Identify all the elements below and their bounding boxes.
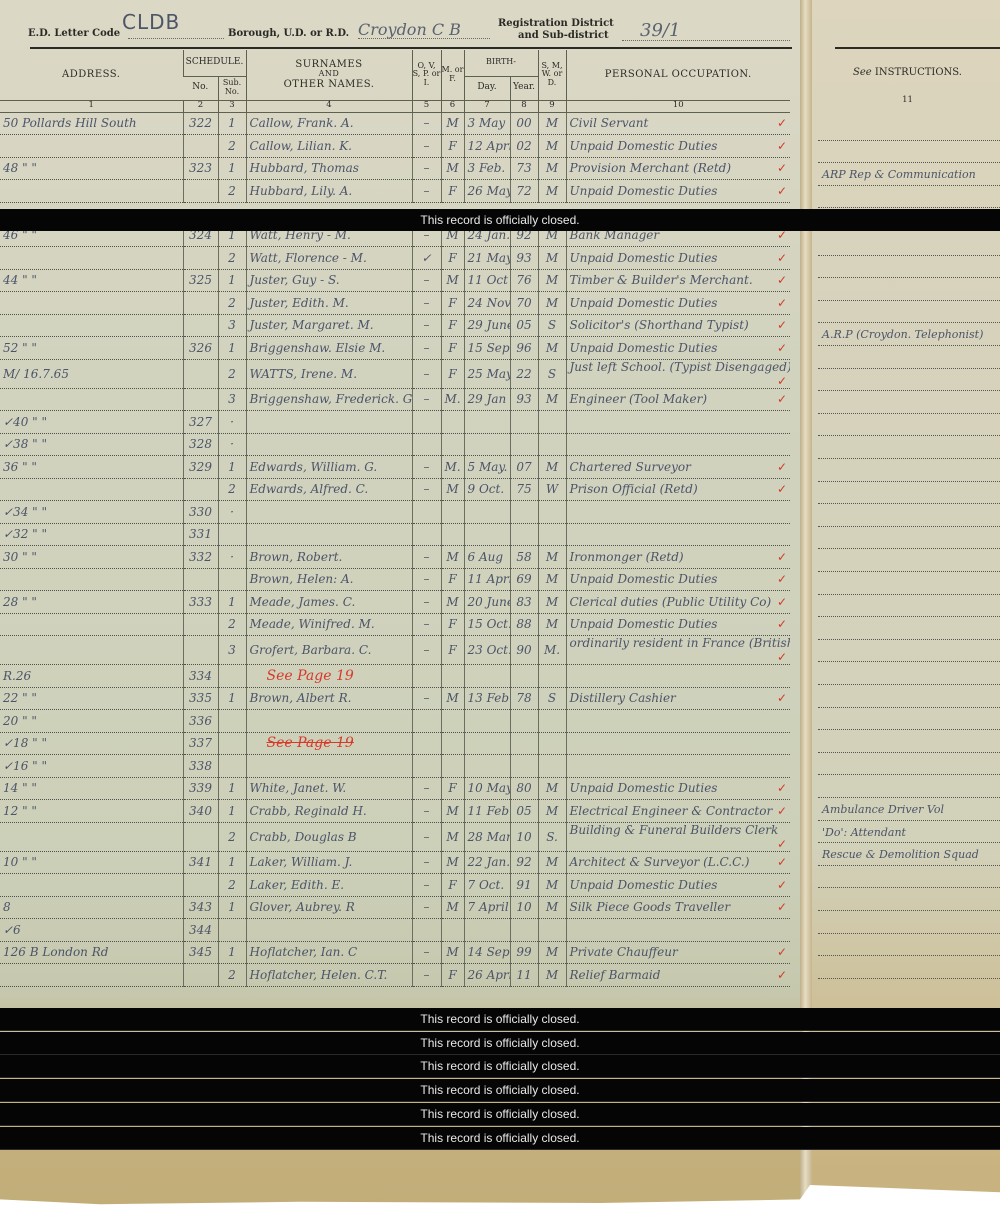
marital-cell [538, 523, 566, 546]
birth-year-cell-text: 05 [516, 804, 531, 818]
col-surnames-line2: AND [247, 70, 412, 79]
register-row: 2Callow, Lilian. K.–F12 April02MUnpaid D… [0, 135, 790, 158]
sex-cell [441, 411, 464, 434]
marital-cell [538, 501, 566, 524]
name-cell: WATTS, Irene. M. [246, 359, 412, 388]
schedule-no-cell [183, 388, 218, 411]
address-cell-text: 10 " " [3, 855, 37, 869]
ruled-line [818, 684, 1000, 685]
register-row: ✓16 " "338 [0, 755, 790, 778]
marital-cell-text: M [546, 273, 558, 287]
schedule-no-cell: 333 [183, 591, 218, 614]
birth-day-cell-text: 9 Oct. [468, 482, 505, 496]
sex-cell-text: M [446, 945, 458, 959]
schedule-no-cell-text: 332 [189, 550, 212, 564]
name-cell-text: See Page 19 [267, 735, 354, 751]
occupation-cell: Unpaid Domestic Duties✓ [566, 247, 790, 270]
ruled-line [818, 661, 1000, 662]
marital-cell-text: M [546, 392, 558, 406]
sex-cell: F [441, 359, 464, 388]
marital-cell: M [538, 777, 566, 800]
sub-no-cell: 2 [218, 359, 246, 388]
schedule-no-cell: 330 [183, 501, 218, 524]
address-cell-text: ✓34 " " [3, 505, 47, 519]
ruled-line [818, 548, 1000, 549]
name-cell: Meade, Winifred. M. [246, 613, 412, 636]
birth-year-cell [510, 501, 538, 524]
address-cell-text: 22 " " [3, 691, 37, 705]
ovspi-cell-text: – [424, 855, 430, 869]
birth-year-cell-text: 70 [516, 296, 531, 310]
register-row: 50 Pollards Hill South3221Callow, Frank.… [0, 112, 790, 135]
birth-day-cell-text: 12 April [468, 139, 511, 153]
occupation-cell: Timber & Builder's Merchant.✓ [566, 269, 790, 292]
register-row: 2Laker, Edith. E.–F7 Oct.91MUnpaid Domes… [0, 874, 790, 897]
schedule-no-cell: 331 [183, 523, 218, 546]
address-cell-text: ✓32 " " [3, 527, 47, 541]
birth-day-cell: 15 Oct. [464, 613, 510, 636]
schedule-no-cell-text: 341 [189, 855, 212, 869]
marital-cell-text: M [546, 550, 558, 564]
sex-cell: M [441, 687, 464, 710]
marital-cell-text: M [546, 595, 558, 609]
birth-day-cell: 26 May [464, 180, 510, 203]
ovspi-cell-text: – [424, 318, 430, 332]
schedule-no-cell [183, 478, 218, 501]
occupation-cell-text: Unpaid Domestic Duties [570, 184, 718, 198]
check-mark-icon: ✓ [777, 116, 787, 130]
occupation-cell: Unpaid Domestic Duties✓ [566, 777, 790, 800]
address-cell [0, 822, 183, 851]
name-cell: Brown, Albert R. [246, 687, 412, 710]
sex-cell-text: F [448, 251, 456, 265]
col-number-1: 1 [0, 100, 183, 112]
schedule-no-cell: 337 [183, 732, 218, 755]
birth-year-cell: 22 [510, 359, 538, 388]
occupation-cell [566, 501, 790, 524]
address-cell-text: 52 " " [3, 341, 37, 355]
col-number-11: 11 [815, 95, 1000, 105]
sub-no-cell: 1 [218, 777, 246, 800]
birth-year-cell: 05 [510, 314, 538, 337]
schedule-no-cell [183, 568, 218, 591]
name-cell-text: Brown, Robert. [250, 550, 343, 564]
check-mark-icon: ✓ [777, 251, 787, 265]
sex-cell-text: M [446, 804, 458, 818]
ed-letter-code-label: E.D. Letter Code [28, 28, 120, 39]
schedule-no-cell-text: 326 [189, 341, 212, 355]
birth-year-cell [510, 919, 538, 942]
sex-cell-text: F [448, 367, 456, 381]
name-cell: See Page 19 [246, 732, 412, 755]
marital-cell: M [538, 388, 566, 411]
address-cell-text: ✓18 " " [3, 736, 47, 750]
check-mark-icon: ✓ [777, 878, 787, 892]
schedule-no-cell [183, 359, 218, 388]
name-cell: Callow, Lilian. K. [246, 135, 412, 158]
schedule-no-cell [183, 314, 218, 337]
name-cell: Watt, Florence - M. [246, 247, 412, 270]
occupation-cell: Relief Barmaid✓ [566, 964, 790, 987]
schedule-no-cell-text: 337 [189, 736, 212, 750]
closed-record-banner: This record is officially closed. [0, 209, 1000, 231]
ovspi-cell: – [412, 388, 441, 411]
birth-year-cell: 78 [510, 687, 538, 710]
marital-cell: M [538, 112, 566, 135]
sub-no-cell: · [218, 433, 246, 456]
occupation-cell: Ironmonger (Retd)✓ [566, 546, 790, 569]
check-mark-icon: ✓ [777, 804, 787, 818]
ruled-line [818, 503, 1000, 504]
instruction-note: 'Do': Attendant [822, 826, 906, 839]
birth-day-cell-text: 25 May. [468, 367, 511, 381]
birth-year-cell-text: 07 [516, 460, 531, 474]
check-mark-icon: ✓ [777, 650, 787, 664]
occupation-cell-text: Ironmonger (Retd) [570, 550, 684, 564]
sex-cell: M [441, 478, 464, 501]
sex-cell: F [441, 777, 464, 800]
occupation-cell: Engineer (Tool Maker)✓ [566, 388, 790, 411]
name-cell: Edwards, William. G. [246, 456, 412, 479]
name-cell: Juster, Edith. M. [246, 292, 412, 315]
sex-cell-text: M [446, 830, 458, 844]
sub-no-cell: 1 [218, 456, 246, 479]
sub-no-cell: 1 [218, 851, 246, 874]
sub-no-cell: 2 [218, 964, 246, 987]
address-cell: 30 " " [0, 546, 183, 569]
marital-cell-text: M [546, 139, 558, 153]
name-cell: Briggenshaw. Elsie M. [246, 337, 412, 360]
birth-year-cell: 58 [510, 546, 538, 569]
schedule-no-cell: 328 [183, 433, 218, 456]
name-cell: Hubbard, Lily. A. [246, 180, 412, 203]
check-mark-icon: ✓ [777, 900, 787, 914]
ovspi-cell: – [412, 964, 441, 987]
birth-year-cell: 69 [510, 568, 538, 591]
birth-day-cell: 11 April [464, 568, 510, 591]
birth-year-cell [510, 433, 538, 456]
birth-year-cell-text: 05 [516, 318, 531, 332]
ovspi-cell: – [412, 546, 441, 569]
sex-cell [441, 755, 464, 778]
sub-no-cell: 1 [218, 269, 246, 292]
sex-cell [441, 919, 464, 942]
schedule-no-cell [183, 180, 218, 203]
name-cell-text: Crabb, Reginald H. [250, 804, 367, 818]
ovspi-cell-text: – [424, 643, 430, 657]
sub-no-cell-text: 2 [228, 482, 236, 496]
marital-cell-text: M [546, 341, 558, 355]
schedule-no-cell-text: 339 [189, 781, 212, 795]
closed-record-banner: This record is officially closed. [0, 1079, 1000, 1102]
birth-year-cell-text: 93 [516, 392, 531, 406]
sub-no-cell-text: 3 [228, 392, 236, 406]
schedule-no-cell-text: 323 [189, 161, 212, 175]
sub-no-cell-text: 2 [228, 617, 236, 631]
register-row: M/ 16.7.652WATTS, Irene. M.–F25 May.22SJ… [0, 359, 790, 388]
sub-no-cell-text: 2 [228, 251, 236, 265]
occupation-cell: Just left School. (Typist Disengaged)✓ [566, 359, 790, 388]
col-number-4: 4 [246, 100, 412, 112]
ruled-line [818, 842, 1000, 843]
instruction-note: Ambulance Driver Vol [822, 803, 944, 816]
occupation-cell: Unpaid Domestic Duties✓ [566, 180, 790, 203]
ruled-line [818, 255, 1000, 256]
marital-cell [538, 710, 566, 733]
ovspi-cell: – [412, 314, 441, 337]
marital-cell: M [538, 247, 566, 270]
marital-cell [538, 665, 566, 688]
sub-no-cell-text: · [230, 437, 234, 451]
marital-cell-text: S [548, 691, 556, 705]
name-cell: Juster, Guy - S. [246, 269, 412, 292]
name-cell: Grofert, Barbara. C. [246, 636, 412, 665]
birth-year-cell: 92 [510, 851, 538, 874]
name-cell: Meade, James. C. [246, 591, 412, 614]
sub-no-cell-text: 2 [228, 184, 236, 198]
name-cell: Callow, Frank. A. [246, 112, 412, 135]
ovspi-cell: – [412, 636, 441, 665]
birth-day-cell: 11 Feb [464, 800, 510, 823]
birth-day-cell: 23 Oct. [464, 636, 510, 665]
address-cell-text: 14 " " [3, 781, 37, 795]
birth-year-cell: 80 [510, 777, 538, 800]
sex-cell-text: M [446, 595, 458, 609]
birth-year-cell [510, 665, 538, 688]
sub-no-cell [218, 568, 246, 591]
ovspi-cell-text: – [424, 273, 430, 287]
address-cell: 36 " " [0, 456, 183, 479]
birth-year-cell-text: 10 [516, 900, 531, 914]
sex-cell: M [441, 851, 464, 874]
marital-cell: W [538, 478, 566, 501]
sex-cell-text: M [446, 482, 458, 496]
birth-year-cell-text: 91 [516, 878, 531, 892]
occupation-cell-text: Chartered Surveyor [570, 460, 691, 474]
sub-no-cell: 1 [218, 687, 246, 710]
instructions-label: INSTRUCTIONS. [875, 67, 962, 78]
schedule-no-cell: 338 [183, 755, 218, 778]
address-cell-text: R.26 [3, 669, 31, 683]
check-mark-icon: ✓ [777, 161, 787, 175]
birth-year-cell [510, 732, 538, 755]
sex-cell: M [441, 822, 464, 851]
sex-cell: F [441, 874, 464, 897]
sub-no-cell-text: 1 [228, 273, 236, 287]
occupation-cell: Architect & Surveyor (L.C.C.)✓ [566, 851, 790, 874]
ovspi-cell [412, 501, 441, 524]
ovspi-cell: – [412, 822, 441, 851]
col-number-10: 10 [566, 100, 790, 112]
name-cell [246, 501, 412, 524]
birth-year-cell [510, 755, 538, 778]
name-cell-text: Laker, William. J. [250, 855, 353, 869]
ruled-line [818, 752, 1000, 753]
register-row: ✓18 " "337See Page 19 [0, 732, 790, 755]
name-cell [246, 755, 412, 778]
sub-no-cell-text: 2 [228, 830, 236, 844]
ovspi-cell-text: – [424, 804, 430, 818]
ovspi-cell: – [412, 478, 441, 501]
birth-day-cell: 28 March [464, 822, 510, 851]
check-mark-icon: ✓ [777, 968, 787, 982]
sex-cell: F [441, 314, 464, 337]
occupation-cell: Private Chauffeur✓ [566, 941, 790, 964]
birth-day-cell-text: 3 Feb. [468, 161, 506, 175]
header-rule-right [835, 47, 1000, 49]
name-cell [246, 433, 412, 456]
birth-day-cell [464, 755, 510, 778]
sex-cell-text: M [446, 161, 458, 175]
ovspi-cell: – [412, 359, 441, 388]
birth-year-cell: 11 [510, 964, 538, 987]
ruled-line [818, 865, 1000, 866]
instructions-prefix: See [853, 67, 872, 78]
schedule-no-cell [183, 964, 218, 987]
name-cell-text: Brown, Albert R. [250, 691, 352, 705]
check-mark-icon: ✓ [777, 595, 787, 609]
marital-cell: M [538, 613, 566, 636]
marital-cell-text: M [546, 161, 558, 175]
check-mark-icon: ✓ [777, 837, 787, 851]
birth-year-cell-text: 96 [516, 341, 531, 355]
birth-year-cell-text: 02 [516, 139, 531, 153]
ovspi-cell-text: – [424, 550, 430, 564]
schedule-no-cell-text: 340 [189, 804, 212, 818]
occupation-cell: Unpaid Domestic Duties✓ [566, 874, 790, 897]
occupation-cell: Silk Piece Goods Traveller✓ [566, 896, 790, 919]
col-sex: M. or F. [441, 50, 464, 100]
birth-year-cell: 93 [510, 388, 538, 411]
ovspi-cell: – [412, 777, 441, 800]
birth-day-cell [464, 665, 510, 688]
check-mark-icon: ✓ [777, 572, 787, 586]
sub-no-cell: 3 [218, 388, 246, 411]
schedule-no-cell-text: 343 [189, 900, 212, 914]
sub-no-cell: 2 [218, 874, 246, 897]
check-mark-icon: ✓ [777, 374, 787, 388]
address-cell [0, 314, 183, 337]
ovspi-cell-text: – [424, 781, 430, 795]
birth-year-cell-text: 11 [516, 968, 531, 982]
birth-day-cell: 24 Nov. [464, 292, 510, 315]
occupation-cell-text: Engineer (Tool Maker) [570, 392, 708, 406]
marital-cell: M. [538, 636, 566, 665]
name-cell-text: Brown, Helen: A. [250, 572, 354, 586]
occupation-cell: Distillery Cashier✓ [566, 687, 790, 710]
occupation-cell: Prison Official (Retd)✓ [566, 478, 790, 501]
ovspi-cell: – [412, 613, 441, 636]
marital-cell: M [538, 964, 566, 987]
name-cell: Brown, Helen: A. [246, 568, 412, 591]
schedule-no-cell [183, 822, 218, 851]
occupation-cell-text: Unpaid Domestic Duties [570, 572, 718, 586]
col-occupation: PERSONAL OCCUPATION. [566, 50, 790, 100]
sex-cell-text: M [446, 550, 458, 564]
marital-cell: M [538, 269, 566, 292]
ruled-line [818, 729, 1000, 730]
ruled-line [818, 933, 1000, 934]
col-surnames: SURNAMES AND OTHER NAMES. [246, 50, 412, 100]
address-cell-text: 126 B London Rd [3, 945, 108, 959]
name-cell-text: Briggenshaw, Frederick. G. [250, 392, 413, 406]
name-cell-text: Glover, Aubrey. R [250, 900, 355, 914]
check-mark-icon: ✓ [777, 184, 787, 198]
sex-cell-text: M [446, 116, 458, 130]
sub-no-cell: 2 [218, 180, 246, 203]
name-cell [246, 919, 412, 942]
occupation-cell-text: Private Chauffeur [570, 945, 678, 959]
check-mark-icon: ✓ [777, 139, 787, 153]
sub-no-cell-text: 2 [228, 139, 236, 153]
occupation-cell-text: Relief Barmaid [570, 968, 661, 982]
occupation-cell-text: Timber & Builder's Merchant. [570, 273, 753, 287]
col-schedule-sub: Sub. No. [218, 76, 246, 100]
col-birth: BIRTH- [464, 50, 538, 76]
birth-year-cell: 76 [510, 269, 538, 292]
sub-no-cell: 1 [218, 941, 246, 964]
birth-day-cell: 3 Feb. [464, 157, 510, 180]
marital-cell: M [538, 546, 566, 569]
ovspi-cell-text: – [424, 116, 430, 130]
name-cell: Brown, Robert. [246, 546, 412, 569]
name-cell-text: Edwards, William. G. [250, 460, 378, 474]
occupation-cell-text: Solicitor's (Shorthand Typist) [570, 318, 749, 332]
birth-year-cell: 05 [510, 800, 538, 823]
address-cell [0, 568, 183, 591]
register-row: ✓40 " "327· [0, 411, 790, 434]
address-cell-text: 12 " " [3, 804, 37, 818]
marital-cell-text: M [546, 251, 558, 265]
marital-cell-text: S. [546, 830, 558, 844]
ovspi-cell: – [412, 337, 441, 360]
schedule-no-cell-text: 325 [189, 273, 212, 287]
schedule-no-cell: 323 [183, 157, 218, 180]
address-cell-text: 20 " " [3, 714, 37, 728]
sex-cell-text: F [448, 643, 456, 657]
birth-year-cell-text: 76 [516, 273, 531, 287]
birth-day-cell-text: 15 Oct. [468, 617, 511, 631]
marital-cell-text: S [548, 318, 556, 332]
address-cell [0, 388, 183, 411]
sub-no-cell-text: 3 [228, 318, 236, 332]
sex-cell: M. [441, 456, 464, 479]
schedule-no-cell: 327 [183, 411, 218, 434]
ovspi-cell-text: – [424, 460, 430, 474]
marital-cell: M [538, 135, 566, 158]
closed-record-banner: This record is officially closed. [0, 1103, 1000, 1126]
ruled-line [818, 300, 1000, 301]
ruled-line [818, 277, 1000, 278]
ovspi-cell-text: – [424, 830, 430, 844]
instructions-column: See INSTRUCTIONS. 11 [815, 50, 1000, 105]
birth-day-cell: 25 May. [464, 359, 510, 388]
marital-cell: M [538, 591, 566, 614]
marital-cell-text: M [546, 296, 558, 310]
address-cell [0, 292, 183, 315]
sub-no-cell [218, 523, 246, 546]
occupation-cell-text: Prison Official (Retd) [570, 482, 698, 496]
occupation-cell-text: ordinarily resident in France (British S… [570, 636, 791, 650]
borough-label: Borough, U.D. or R.D. [228, 28, 349, 39]
occupation-cell: Unpaid Domestic Duties✓ [566, 613, 790, 636]
check-mark-icon: ✓ [777, 318, 787, 332]
instruction-note: Rescue & Demolition Squad [822, 848, 979, 861]
ruled-line [818, 820, 1000, 821]
schedule-no-cell-text: 333 [189, 595, 212, 609]
birth-day-cell: 29 Jan [464, 388, 510, 411]
schedule-no-cell: 336 [183, 710, 218, 733]
